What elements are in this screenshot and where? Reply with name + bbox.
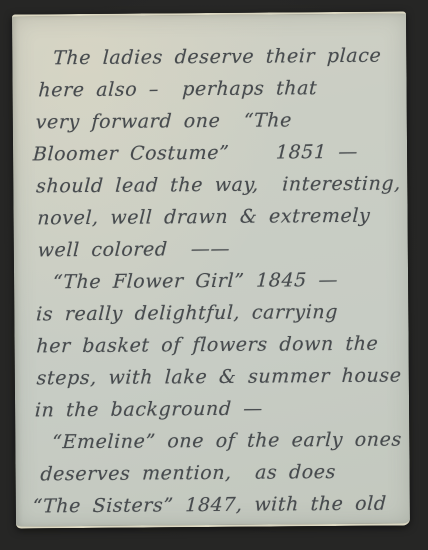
handwritten-line: in the background — [15,391,410,426]
handwritten-line: deserves mention, as does [16,455,411,490]
handwritten-line: should lead the way, interesting, [13,167,408,202]
handwritten-line: is really delightful, carrying [14,295,409,330]
handwritten-line: “The Flower Girl” 1845 — [14,263,409,298]
photo-background: The ladies deserve their placehere also … [0,0,428,550]
handwritten-page: The ladies deserve their placehere also … [12,11,410,528]
handwritten-line: steps, with lake & summer house [15,359,410,394]
handwritten-line: novel, well drawn & extremely [14,199,409,234]
handwritten-line: Bloomer Costume” 1851 — [13,135,408,170]
handwritten-line: very forward one “The [13,103,408,138]
handwritten-line: well colored —— [14,231,409,266]
handwritten-line: here also – perhaps that [13,71,408,106]
handwritten-line: The ladies deserve their place [12,39,407,74]
handwritten-line: “Emeline” one of the early ones [15,423,410,458]
handwritten-line: her basket of flowers down the [15,327,410,362]
handwritten-line: “The Sisters” 1847, with the old [16,487,411,522]
note-text-block: The ladies deserve their placehere also … [12,13,410,522]
